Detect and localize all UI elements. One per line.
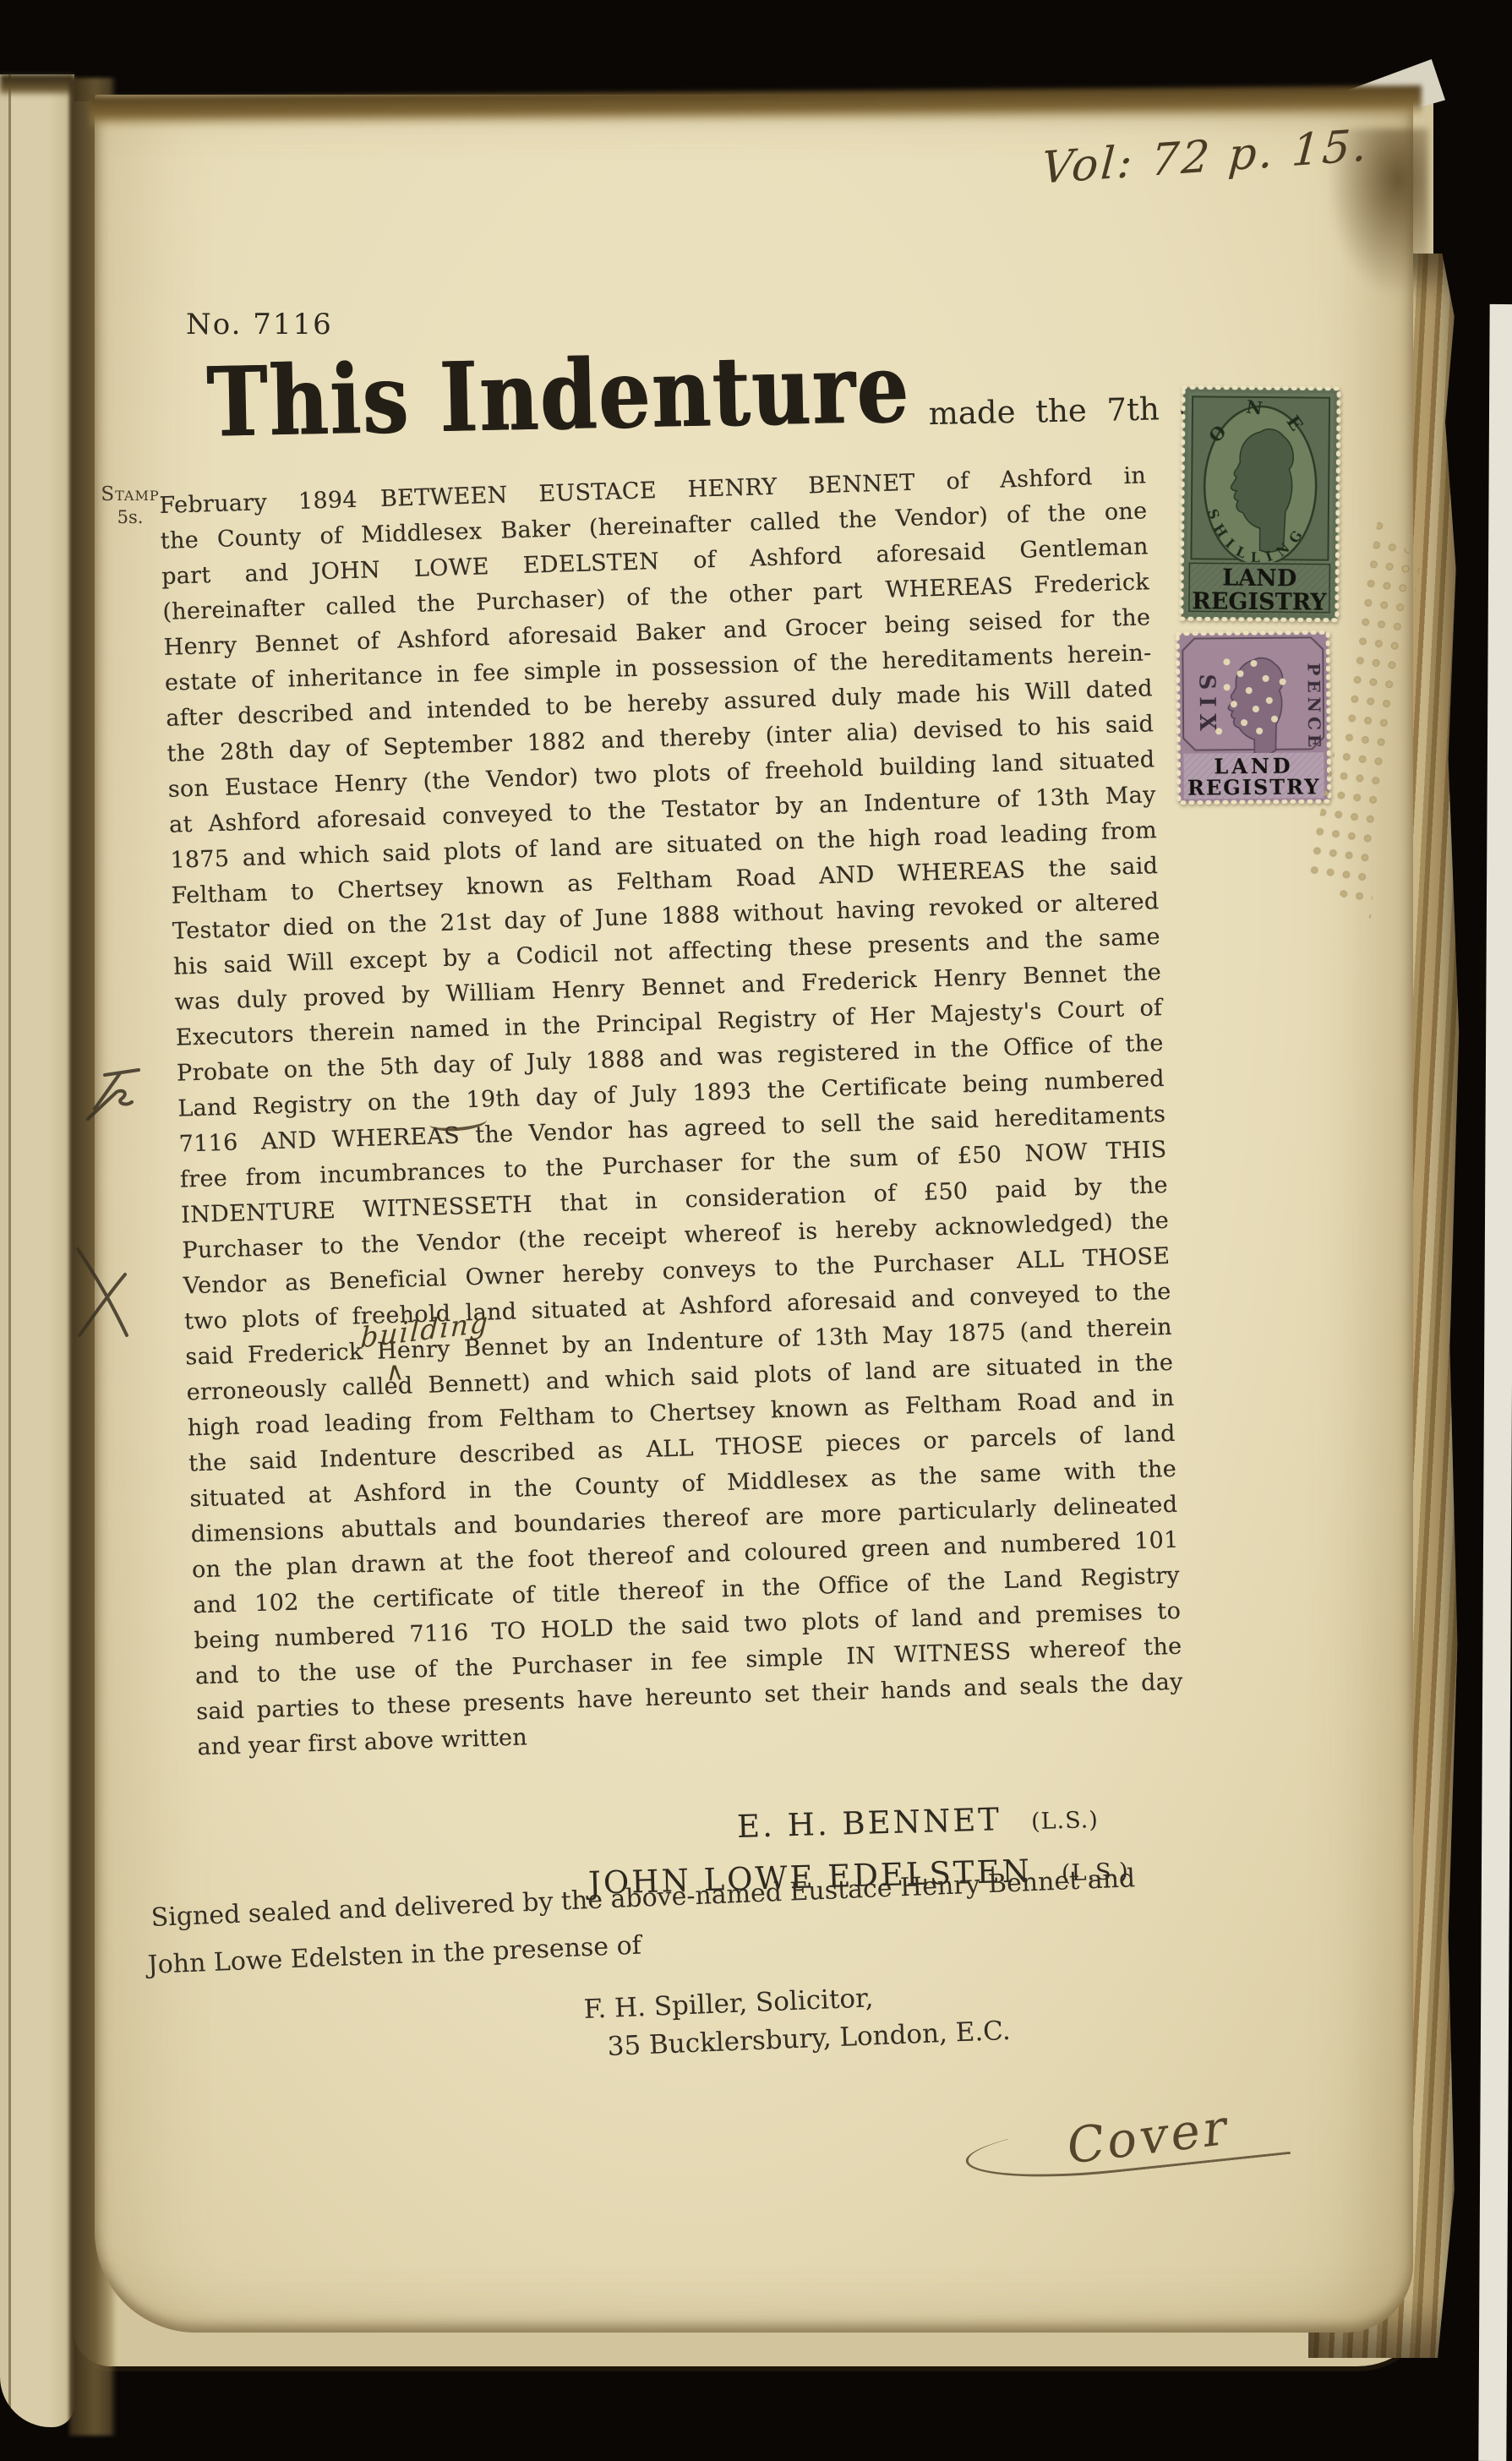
cover-annotation: Cover <box>1066 2098 1231 2176</box>
witness-name: F. H. Spiller, Solicitor, <box>583 1983 874 2025</box>
svg-text:REGISTRY: REGISTRY <box>1187 774 1321 799</box>
margin-pen-cross <box>69 1241 133 1342</box>
svg-text:REGISTRY: REGISTRY <box>1192 588 1327 615</box>
heading: This Indenture made the 7th day of <box>206 341 1287 459</box>
insertion-caret: ∧ <box>385 1356 405 1387</box>
indenture-title: This Indenture <box>205 331 910 459</box>
one-shilling-land-registry-stamp: ONE SHILLING LAND REGISTRY <box>1178 384 1342 624</box>
deed-body-text: February 1894 BETWEEN EUSTACE HENRY BENN… <box>159 458 1185 1765</box>
svg-text:SIX: SIX <box>1194 674 1220 737</box>
svg-text:LAND: LAND <box>1222 565 1296 592</box>
witness-address: 35 Bucklersbury, London, E.C. <box>607 2016 1011 2062</box>
margin-pen-mark <box>79 1058 160 1138</box>
signature-name: E. H. BENNET <box>736 1801 1002 1845</box>
svg-text:PENCE: PENCE <box>1303 663 1324 751</box>
facing-page-edge <box>1478 304 1512 2461</box>
attestation-line: John Lowe Edelsten in the presense of <box>147 1931 641 1980</box>
book-scan: Vol: 72 p. 15. No. 7116 This Indenture m… <box>0 0 1512 2461</box>
sixpence-land-registry-stamp: SIX PENCE LAND REGISTRY <box>1174 629 1333 806</box>
underlying-page-edge <box>0 74 74 2427</box>
margin-stamp-value: 5s. <box>90 507 171 527</box>
seal-mark: (L.S.) <box>1031 1807 1100 1835</box>
document-page: Vol: 72 p. 15. No. 7116 This Indenture m… <box>95 95 1413 2333</box>
signature-bennet: E. H. BENNET (L.S.) <box>736 1798 1099 1845</box>
document-number: No. 7116 <box>186 308 333 341</box>
volume-annotation: Vol: 72 p. 15. <box>1040 120 1371 194</box>
